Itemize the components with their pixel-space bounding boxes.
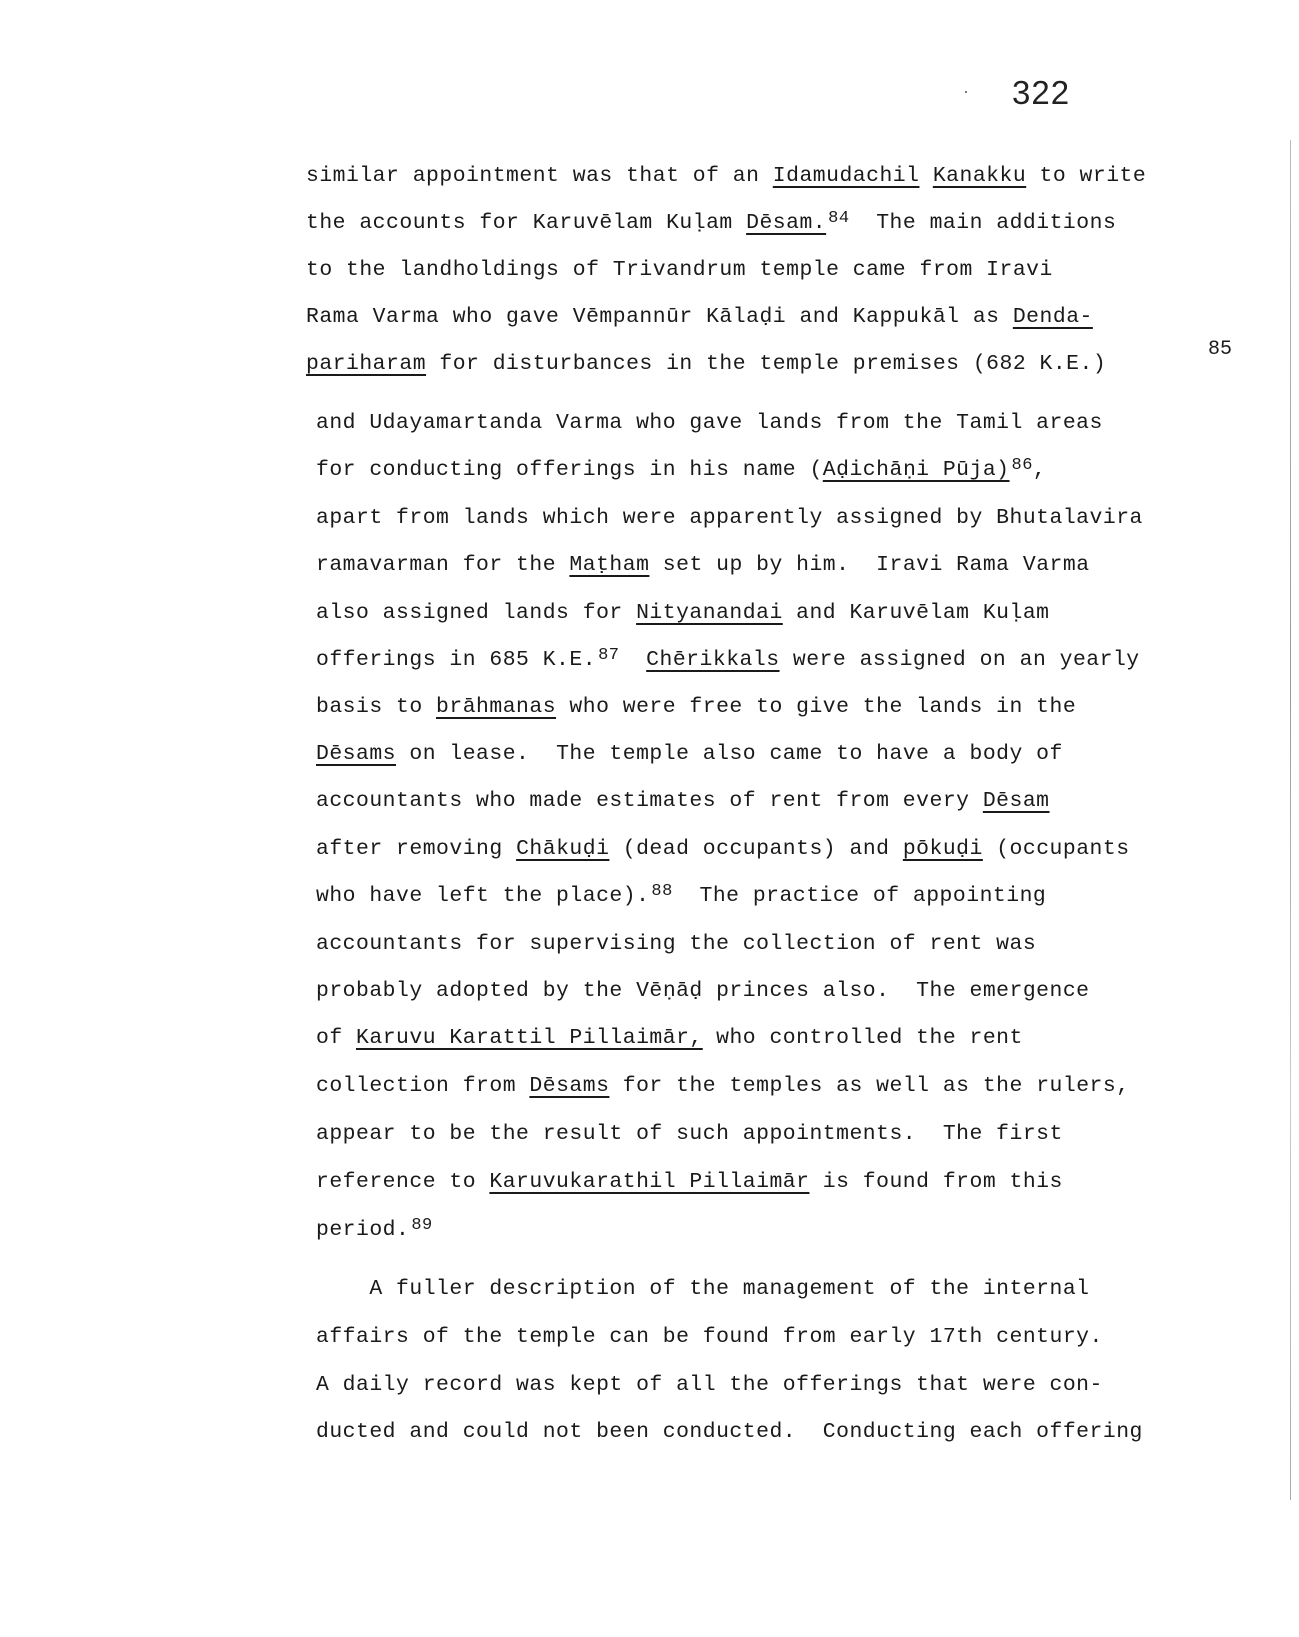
text-line: apart from lands which were apparently a… [316,505,1143,531]
underlined-term: Nityanandai [636,601,783,625]
text-run: collection from [316,1074,529,1098]
footnote-reference: 84 [828,209,849,228]
text-run: and Karuvēlam Kuḷam [783,601,1050,625]
text-run: offerings in 685 K.E. [316,648,596,672]
text-run: The main additions [850,211,1117,235]
underlined-term: Karuvukarathil Pillaimār [489,1170,809,1194]
text-run: A fuller description of the management o… [316,1277,1090,1301]
underlined-term: Chākuḍi [516,837,609,861]
text-line: appear to be the result of such appointm… [316,1121,1063,1147]
text-line: A fuller description of the management o… [316,1276,1090,1302]
underlined-term: Dēsams [529,1074,609,1098]
text-line: A daily record was kept of all the offer… [316,1372,1103,1398]
text-line: who have left the place).88 The practice… [316,883,1046,911]
text-run: on lease. The temple also came to have a… [396,742,1063,766]
text-run: set up by him. Iravi Rama Varma [649,553,1089,577]
footnote-reference: 87 [598,646,619,665]
text-run: affairs of the temple can be found from … [316,1325,1103,1349]
underlined-term: Dēsam [983,789,1050,813]
text-line: after removing Chākuḍi (dead occupants) … [316,836,1130,862]
text-run: and Udayamartanda Varma who gave lands f… [316,411,1103,435]
text-line: similar appointment was that of an Idamu… [306,163,1146,189]
underlined-term: pariharam [306,352,426,376]
text-run: apart from lands which were apparently a… [316,506,1143,530]
text-line: pariharam for disturbances in the temple… [306,351,1106,377]
footnote-marker-margin: 85 [1208,338,1232,361]
text-line: basis to brāhmanas who were free to give… [316,694,1076,720]
underlined-term: pōkuḍi [903,837,983,861]
text-run: to write [1026,164,1146,188]
page-number: 322 [1012,74,1070,112]
underlined-term: Aḍichāṇi Pūja) [823,458,1010,482]
text-run: who have left the place). [316,884,649,908]
text-run: appear to be the result of such appointm… [316,1122,1063,1146]
text-line: accountants who made estimates of rent f… [316,788,1050,814]
underlined-term: Dēsam. [746,211,826,235]
underlined-term: Kanakku [933,164,1026,188]
underlined-term: Maṭham [569,553,649,577]
text-run: also assigned lands for [316,601,636,625]
footnote-reference: 86 [1012,456,1033,475]
text-run: is found from this [809,1170,1062,1194]
text-run: basis to [316,695,436,719]
text-run: probably adopted by the Vēṇāḍ princes al… [316,979,1090,1003]
text-line: probably adopted by the Vēṇāḍ princes al… [316,978,1090,1004]
scan-speck [965,91,967,93]
underlined-term: Chērikkals [646,648,779,672]
text-line: and Udayamartanda Varma who gave lands f… [316,410,1103,436]
margin-rule [1290,140,1291,1500]
text-line: offerings in 685 K.E.87 Chērikkals were … [316,647,1140,675]
text-run: Rama Varma who gave Vēmpannūr Kālaḍi and… [306,305,1013,329]
text-line: to the landholdings of Trivandrum temple… [306,257,1053,283]
scanned-page: 322 85 similar appointment was that of a… [0,0,1299,1637]
text-line: collection from Dēsams for the temples a… [316,1073,1130,1099]
text-line: Rama Varma who gave Vēmpannūr Kālaḍi and… [306,304,1093,330]
text-run [619,648,646,672]
text-run: after removing [316,837,516,861]
footnote-reference: 88 [651,882,672,901]
text-run: similar appointment was that of an [306,164,773,188]
footnote-reference: 89 [411,1216,432,1235]
underlined-term: Idamudachil [773,164,920,188]
text-run: accountants who made estimates of rent f… [316,789,983,813]
text-line: accountants for supervising the collecti… [316,931,1036,957]
underlined-term: brāhmanas [436,695,556,719]
text-run: ducted and could not been conducted. Con… [316,1420,1143,1444]
underlined-term: Denda- [1013,305,1093,329]
text-run: for the temples as well as the rulers, [609,1074,1129,1098]
text-run: The practice of appointing [673,884,1046,908]
text-line: of Karuvu Karattil Pillaimār, who contro… [316,1025,1023,1051]
text-run: of [316,1026,356,1050]
text-line: ramavarman for the Maṭham set up by him.… [316,552,1090,578]
text-line: reference to Karuvukarathil Pillaimār is… [316,1169,1063,1195]
text-run: (occupants [983,837,1130,861]
text-run: A daily record was kept of all the offer… [316,1373,1103,1397]
text-run: accountants for supervising the collecti… [316,932,1036,956]
text-run [919,164,932,188]
text-line: ducted and could not been conducted. Con… [316,1419,1143,1445]
text-line: affairs of the temple can be found from … [316,1324,1103,1350]
text-run: for disturbances in the temple premises … [426,352,1106,376]
text-line: for conducting offerings in his name (Aḍ… [316,457,1046,485]
text-run: to the landholdings of Trivandrum temple… [306,258,1053,282]
text-run: who controlled the rent [703,1026,1023,1050]
text-line: also assigned lands for Nityanandai and … [316,600,1050,626]
text-run: reference to [316,1170,489,1194]
text-run: period. [316,1218,409,1242]
underlined-term: Dēsams [316,742,396,766]
text-run: (dead occupants) and [609,837,902,861]
underlined-term: Karuvu Karattil Pillaimār, [356,1026,703,1050]
text-run: ramavarman for the [316,553,569,577]
text-line: period.89 [316,1217,433,1245]
text-run: who were free to give the lands in the [556,695,1076,719]
text-run: the accounts for Karuvēlam Kuḷam [306,211,746,235]
text-line: Dēsams on lease. The temple also came to… [316,741,1063,767]
text-line: the accounts for Karuvēlam Kuḷam Dēsam.8… [306,210,1116,238]
text-run: for conducting offerings in his name ( [316,458,823,482]
text-run: , [1033,458,1046,482]
text-run: were assigned on an yearly [780,648,1140,672]
